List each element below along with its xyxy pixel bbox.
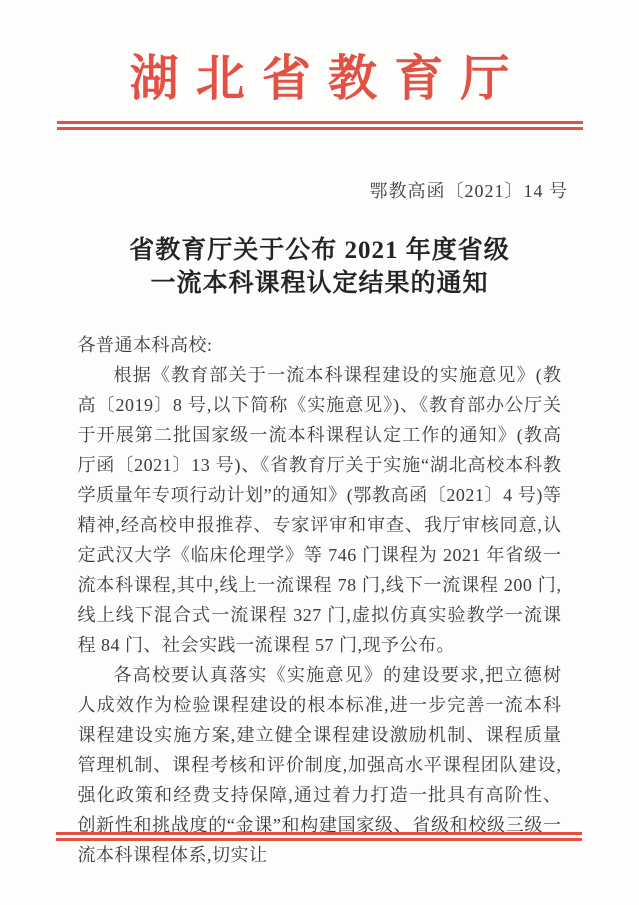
notice-title-line-2: 一流本科课程认定结果的通知 [0, 267, 639, 300]
letterhead-double-rule [57, 121, 583, 130]
notice-title: 省教育厅关于公布 2021 年度省级 一流本科课程认定结果的通知 [0, 234, 639, 300]
notice-title-line-1: 省教育厅关于公布 2021 年度省级 [0, 234, 639, 267]
letterhead-title: 湖北省教育厅 [0, 50, 639, 108]
document-page: 湖北省教育厅 鄂教高函〔2021〕14 号 省教育厅关于公布 2021 年度省级… [0, 0, 639, 905]
document-number: 鄂教高函〔2021〕14 号 [0, 179, 639, 204]
notice-body: 各普通本科高校: 根据《教育部关于一流本科课程建设的实施意见》(教高〔2019〕… [78, 330, 562, 870]
body-paragraph-1: 根据《教育部关于一流本科课程建设的实施意见》(教高〔2019〕8 号,以下简称《… [78, 360, 562, 660]
footer-double-rule [56, 832, 582, 841]
salutation: 各普通本科高校: [78, 330, 562, 360]
